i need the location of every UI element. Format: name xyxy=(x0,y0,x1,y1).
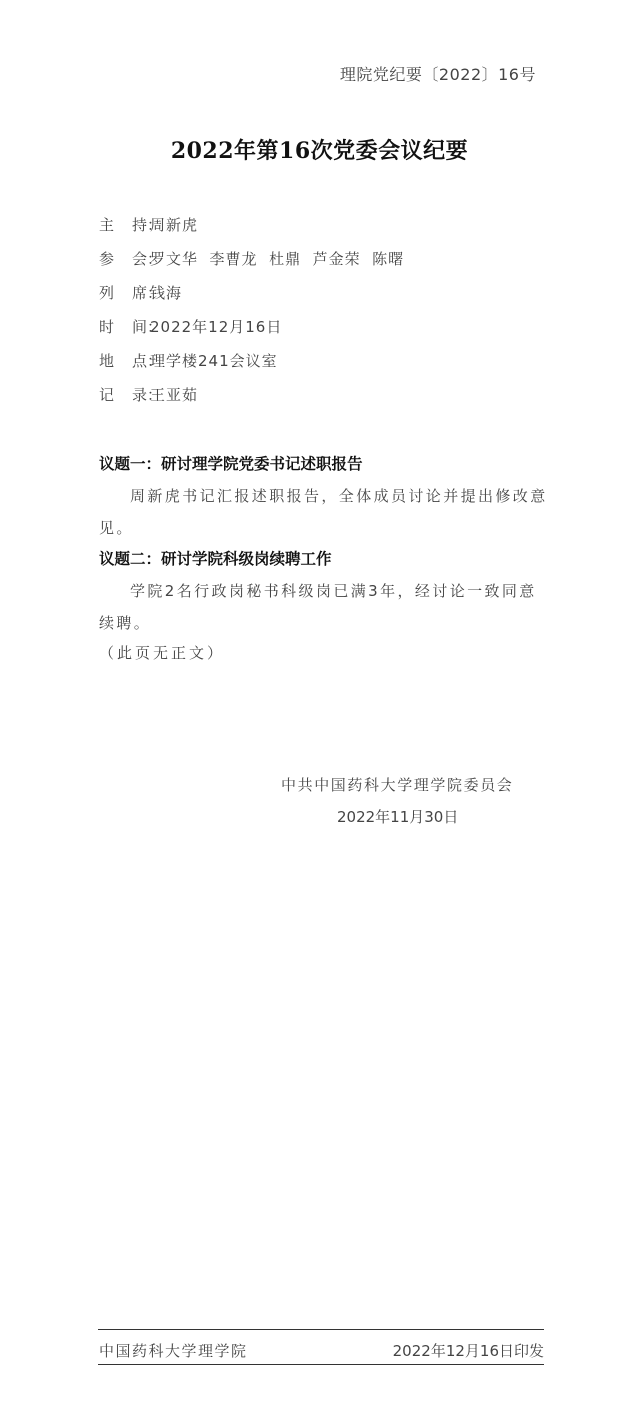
meta-label: 列席： xyxy=(99,281,150,315)
signature-date: 2022年11月30日 xyxy=(337,806,458,827)
meta-label: 主持： xyxy=(99,213,150,247)
agenda-item-1: 议题一：研讨理学院党委书记述职报告 周新虎书记汇报述职报告，全体成员讨论并提出修… xyxy=(99,452,549,544)
meta-label: 时间： xyxy=(99,315,150,349)
agenda-body: 学院2名行政岗秘书科级岗已满3年，经讨论一致同意续聘。 xyxy=(99,575,549,639)
footer-issue-date: 2022年12月16日印发 xyxy=(393,1340,544,1361)
meta-value: 2022年12月16日 xyxy=(150,315,282,349)
footer-divider-bottom xyxy=(98,1364,544,1365)
meeting-info-time: 时间： 2022年12月16日 xyxy=(99,315,404,349)
meeting-info-host: 主持： 周新虎 xyxy=(99,213,404,247)
meeting-info-location: 地点： 理学楼241会议室 xyxy=(99,349,404,383)
meta-label-char: 记 xyxy=(99,383,132,407)
meta-label: 参会： xyxy=(99,247,150,281)
document-number: 理院党纪要〔2022〕16号 xyxy=(340,62,536,85)
meta-value: 周新虎 xyxy=(150,213,198,247)
meta-label-char: 地 xyxy=(99,349,132,373)
meeting-info-attendees: 参会： 罗文华 李曹龙 杜鼎 芦金荣 陈曙 xyxy=(99,247,404,281)
meta-value: 王亚茹 xyxy=(150,383,198,417)
meta-label-char: 列 xyxy=(99,281,132,305)
footer-divider-top xyxy=(98,1329,544,1330)
meeting-info-list: 主持： 周新虎 参会： 罗文华 李曹龙 杜鼎 芦金荣 陈曙 列席： 钱海 时间：… xyxy=(99,213,404,417)
signature-organization: 中共中国药科大学理学院委员会 xyxy=(281,774,513,795)
agenda-heading: 议题二：研讨学院科级岗续聘工作 xyxy=(99,547,549,571)
meta-label-char: 时 xyxy=(99,315,132,339)
meeting-info-observers: 列席： 钱海 xyxy=(99,281,404,315)
no-text-note: （此页无正文） xyxy=(99,641,549,665)
meta-value: 钱海 xyxy=(150,281,182,315)
footer-issuer: 中国药科大学理学院 xyxy=(99,1340,248,1361)
agenda-heading: 议题一：研讨理学院党委书记述职报告 xyxy=(99,452,549,476)
meta-label-char: 参 xyxy=(99,247,132,271)
meeting-info-recorder: 记录： 王亚茹 xyxy=(99,383,404,417)
meta-value: 罗文华 李曹龙 杜鼎 芦金荣 陈曙 xyxy=(150,247,404,281)
agenda-body: 周新虎书记汇报述职报告，全体成员讨论并提出修改意见。 xyxy=(99,480,549,544)
meta-label: 地点： xyxy=(99,349,150,383)
document-title: 2022年第16次党委会议纪要 xyxy=(0,134,639,165)
meta-label: 记录： xyxy=(99,383,150,417)
agenda-item-2: 议题二：研讨学院科级岗续聘工作 学院2名行政岗秘书科级岗已满3年，经讨论一致同意… xyxy=(99,547,549,665)
meta-value: 理学楼241会议室 xyxy=(150,349,278,383)
meta-label-char: 主 xyxy=(99,213,132,237)
